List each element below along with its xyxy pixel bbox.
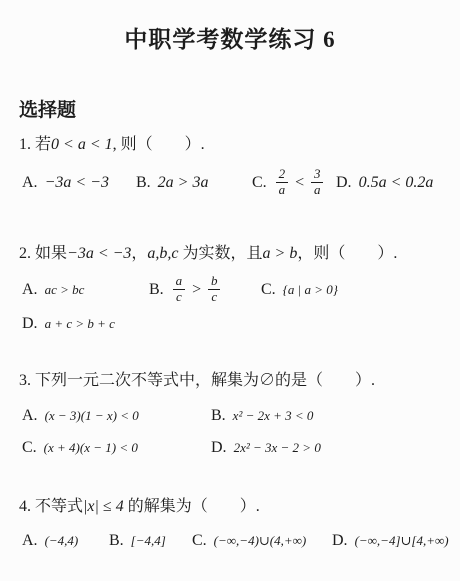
- question-1: 1. 若0 < a < 1, 则（ ）. A. −3a < −3 B. 2a >…: [0, 135, 460, 204]
- question-4: 4. 不等式|x| ≤ 4 的解集为（ ）. A. (−4,4) B. [−4,…: [0, 497, 460, 550]
- question-3-stem-text: 3. 下列一元二次不等式中，解集为∅的是（ ）.: [19, 372, 375, 389]
- option-label: C.: [192, 532, 207, 550]
- relation-symbol: >: [191, 281, 202, 299]
- question-4-stem-text: 4. 不等式: [19, 498, 83, 515]
- question-1-option-d: D. 0.5a < 0.2a: [336, 174, 433, 192]
- option-formula: ac > bc: [45, 282, 85, 298]
- question-2-stem-math-3: a > b: [263, 245, 298, 262]
- option-label: B.: [211, 407, 226, 425]
- option-label: C.: [261, 281, 276, 299]
- question-3-option-a: A. (x − 3)(1 − x) < 0: [22, 407, 211, 425]
- question-3-option-b: B. x² − 2x + 3 < 0: [211, 407, 313, 425]
- option-formula: [−4,4]: [131, 533, 166, 549]
- option-formula: 2x² − 3x − 2 > 0: [234, 440, 321, 456]
- question-1-stem-math: 0 < a < 1: [51, 136, 113, 153]
- question-4-stem-math: |x| ≤ 4: [83, 498, 124, 515]
- question-4-option-d: D. (−∞,−4]∪[4,+∞): [332, 532, 449, 550]
- question-1-stem-text: 1. 若: [19, 136, 51, 153]
- question-3-options-row-2: C. (x + 4)(x − 1) < 0 D. 2x² − 3x − 2 > …: [22, 439, 460, 457]
- question-2-stem-tail: ，则（ ）.: [297, 245, 397, 262]
- question-4-option-c: C. (−∞,−4)∪(4,+∞): [192, 532, 332, 550]
- option-formula: −3a < −3: [45, 174, 109, 192]
- option-formula: a + c > b + c: [45, 316, 115, 332]
- question-2-option-c: C. {a | a > 0}: [261, 281, 338, 299]
- option-label: B.: [149, 281, 164, 299]
- question-3-options-row-1: A. (x − 3)(1 − x) < 0 B. x² − 2x + 3 < 0: [22, 407, 460, 425]
- question-1-options: A. −3a < −3 B. 2a > 3a C. 2a < 3a D. 0.5…: [22, 162, 460, 204]
- fraction-denominator: a: [276, 183, 289, 198]
- question-2: 2. 如果−3a < −3，a,b,c 为实数，且a > b，则（ ）. A. …: [0, 244, 460, 333]
- fraction-numerator: 3: [311, 167, 324, 183]
- option-label: B.: [136, 174, 151, 192]
- option-formula: (−∞,−4]∪[4,+∞): [355, 533, 449, 549]
- question-3-stem: 3. 下列一元二次不等式中，解集为∅的是（ ）.: [19, 371, 460, 392]
- section-heading: 选择题: [19, 95, 460, 122]
- fraction: bc: [208, 274, 221, 305]
- option-label: A.: [22, 174, 38, 192]
- option-label: D.: [211, 439, 227, 457]
- fraction-denominator: a: [311, 183, 324, 198]
- option-label: C.: [252, 174, 267, 192]
- option-formula: x² − 2x + 3 < 0: [233, 408, 314, 424]
- option-formula: (−4,4): [45, 533, 79, 549]
- option-formula: 2a > 3a: [158, 174, 209, 192]
- option-formula: {a | a > 0}: [283, 282, 338, 298]
- question-2-stem-math-2: a,b,c: [147, 245, 178, 262]
- option-label: B.: [109, 532, 124, 550]
- option-label: A.: [22, 532, 38, 550]
- option-label: D.: [332, 532, 348, 550]
- option-formula: (−∞,−4)∪(4,+∞): [214, 533, 307, 549]
- option-formula: (x − 3)(1 − x) < 0: [45, 408, 139, 424]
- fraction-denominator: c: [208, 290, 221, 305]
- option-label: D.: [22, 315, 38, 333]
- question-2-options-row-2: D. a + c > b + c: [22, 315, 460, 333]
- question-2-option-d: D. a + c > b + c: [22, 315, 115, 333]
- question-3: 3. 下列一元二次不等式中，解集为∅的是（ ）. A. (x − 3)(1 − …: [0, 371, 460, 458]
- question-4-stem-tail: 的解集为（ ）.: [124, 498, 260, 515]
- question-3-option-c: C. (x + 4)(x − 1) < 0: [22, 439, 211, 457]
- option-label: C.: [22, 439, 37, 457]
- question-1-option-a: A. −3a < −3: [22, 174, 136, 192]
- question-3-option-d: D. 2x² − 3x − 2 > 0: [211, 439, 321, 457]
- question-1-option-c: C. 2a < 3a: [252, 167, 336, 198]
- question-1-stem-tail: , 则（ ）.: [113, 136, 205, 153]
- question-2-stem-text: 为实数，且: [179, 245, 263, 262]
- relation-symbol: <: [294, 174, 305, 192]
- option-label: A.: [22, 281, 38, 299]
- question-2-options-row-1: A. ac > bc B. ac > bc C. {a | a > 0}: [22, 272, 460, 308]
- question-2-option-b: B. ac > bc: [149, 274, 261, 305]
- question-4-options: A. (−4,4) B. [−4,4] C. (−∞,−4)∪(4,+∞) D.…: [22, 532, 460, 550]
- worksheet-page: 中职学考数学练习 6 选择题 1. 若0 < a < 1, 则（ ）. A. −…: [0, 21, 460, 550]
- option-label: D.: [336, 174, 352, 192]
- fraction: 2a: [276, 167, 289, 198]
- question-4-option-a: A. (−4,4): [22, 532, 109, 550]
- question-4-stem: 4. 不等式|x| ≤ 4 的解集为（ ）.: [19, 497, 460, 518]
- question-2-stem-text: ，: [131, 245, 147, 262]
- question-2-option-a: A. ac > bc: [22, 281, 149, 299]
- fraction-numerator: 2: [276, 167, 289, 183]
- fraction-numerator: b: [208, 274, 221, 290]
- question-4-option-b: B. [−4,4]: [109, 532, 192, 550]
- fraction: 3a: [311, 167, 324, 198]
- fraction-denominator: c: [173, 290, 186, 305]
- option-formula: (x + 4)(x − 1) < 0: [44, 440, 138, 456]
- fraction: ac: [173, 274, 186, 305]
- question-2-stem: 2. 如果−3a < −3，a,b,c 为实数，且a > b，则（ ）.: [19, 244, 460, 265]
- question-2-stem-math-1: −3a < −3: [67, 245, 131, 262]
- question-1-stem: 1. 若0 < a < 1, 则（ ）.: [19, 135, 460, 156]
- question-2-stem-text: 2. 如果: [19, 245, 67, 262]
- question-1-option-b: B. 2a > 3a: [136, 174, 252, 192]
- option-formula: 0.5a < 0.2a: [359, 174, 434, 192]
- option-label: A.: [22, 407, 38, 425]
- fraction-numerator: a: [173, 274, 186, 290]
- page-title: 中职学考数学练习 6: [10, 21, 450, 54]
